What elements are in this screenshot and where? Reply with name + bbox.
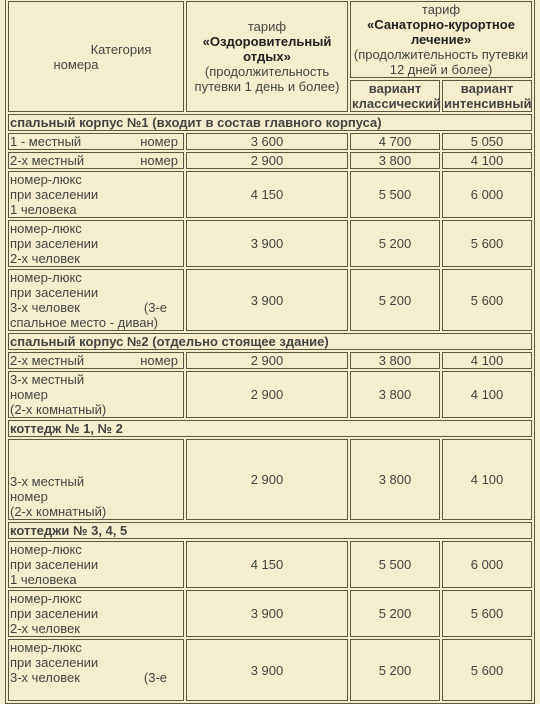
category-text: номер	[10, 387, 182, 402]
category-cell: 3-х местный номер (2-х комнатный)	[8, 439, 184, 520]
price-intensive: 4 100	[442, 152, 532, 169]
price-recreation: 2 900	[186, 352, 348, 369]
tariff-name: лечение»	[352, 32, 530, 47]
price-classic: 4 700	[350, 133, 440, 150]
price-intensive: 5 600	[442, 220, 532, 267]
section-header: спальный корпус №2 (отдельно стоящее зда…	[8, 333, 532, 350]
price-intensive: 4 100	[442, 439, 532, 520]
price-table-container: Категория номера тариф «Оздоровительный …	[5, 0, 535, 632]
category-text: 1 человека	[10, 202, 182, 217]
price-recreation: 4 150	[186, 541, 348, 588]
category-text: при заселении	[10, 285, 182, 300]
price-classic: 5 200	[350, 590, 440, 632]
tariff-note: (продолжительность путевки	[352, 47, 530, 62]
category-text: 1 - местный	[10, 134, 81, 149]
variant-name: классический	[352, 96, 438, 111]
category-text: 3-х человек	[10, 300, 80, 315]
category-text: спальное место - диван)	[10, 315, 182, 330]
table-row: 1 - местныйномер 3 600 4 700 5 050	[8, 133, 532, 150]
category-cell: номер-люкс при заселении 2-х человек	[8, 220, 184, 267]
category-text: (2-х комнатный)	[10, 504, 182, 519]
price-classic: 5 200	[350, 220, 440, 267]
table-row: 2-х местныйномер 2 900 3 800 4 100	[8, 152, 532, 169]
price-classic: 5 500	[350, 171, 440, 218]
price-recreation: 3 900	[186, 269, 348, 331]
category-text: при заселении	[10, 606, 182, 621]
variant-name: интенсивный	[444, 96, 530, 111]
tariff-recreation-header: тариф «Оздоровительный отдых» (продолжит…	[186, 1, 348, 112]
tariff-label: тариф	[188, 19, 346, 34]
category-header-line1: Категория	[10, 42, 182, 57]
price-intensive: 5 600	[442, 590, 532, 632]
price-recreation: 2 900	[186, 152, 348, 169]
price-classic: 3 800	[350, 152, 440, 169]
variant-label: вариант	[352, 81, 438, 96]
price-recreation: 2 900	[186, 371, 348, 418]
tariff-name: «Санаторно-курортное	[352, 17, 530, 32]
price-intensive: 6 000	[442, 171, 532, 218]
category-cell: 2-х местныйномер	[8, 352, 184, 369]
category-text: номер-люкс	[10, 542, 182, 557]
category-text: номер-люкс	[10, 591, 182, 606]
category-text: 3-х местный	[10, 372, 182, 387]
table-row: номер-люкс при заселении 2-х человек 3 9…	[8, 590, 532, 632]
category-header-line2: номера	[10, 57, 182, 72]
table-row: номер-люкс при заселении 2-х человек 3 9…	[8, 220, 532, 267]
category-cell: 2-х местныйномер	[8, 152, 184, 169]
category-text: номер	[140, 353, 178, 368]
category-text: 2-х человек	[10, 621, 182, 632]
table-row: 3-х местный номер (2-х комнатный) 2 900 …	[8, 439, 532, 520]
price-intensive: 4 100	[442, 371, 532, 418]
category-cell: номер-люкс при заселении 2-х человек	[8, 590, 184, 632]
category-text: 2-х местный	[10, 353, 84, 368]
category-text: 2-х человек	[10, 251, 182, 266]
category-text: (3-е	[144, 300, 167, 315]
tariff-label: тариф	[352, 2, 530, 17]
price-recreation: 3 900	[186, 220, 348, 267]
price-intensive: 5 600	[442, 269, 532, 331]
table-row: 2-х местныйномер 2 900 3 800 4 100	[8, 352, 532, 369]
category-text: (2-х комнатный)	[10, 402, 182, 417]
table-row: номер-люкс при заселении 1 человека 4 15…	[8, 541, 532, 588]
price-recreation: 2 900	[186, 439, 348, 520]
category-text: 1 человека	[10, 572, 182, 587]
price-classic: 3 800	[350, 352, 440, 369]
category-text: номер	[10, 489, 182, 504]
category-header: Категория номера	[8, 1, 184, 112]
tariff-name: отдых»	[188, 49, 346, 64]
category-text: 2-х местный	[10, 153, 84, 168]
category-text: 3-х местный	[10, 474, 182, 489]
price-classic: 5 500	[350, 541, 440, 588]
category-cell: 1 - местныйномер	[8, 133, 184, 150]
table-row: 3-х местный номер (2-х комнатный) 2 900 …	[8, 371, 532, 418]
price-recreation: 4 150	[186, 171, 348, 218]
tariff-sanatorium-header: тариф «Санаторно-курортное лечение» (про…	[350, 1, 532, 78]
price-classic: 3 800	[350, 371, 440, 418]
tariff-note: (продолжительность	[188, 64, 346, 79]
price-intensive: 5 050	[442, 133, 532, 150]
price-classic: 3 800	[350, 439, 440, 520]
price-intensive: 6 000	[442, 541, 532, 588]
price-classic: 5 200	[350, 269, 440, 331]
price-recreation: 3 600	[186, 133, 348, 150]
category-text: при заселении	[10, 557, 182, 572]
variant-intensive-header: вариант интенсивный	[442, 80, 532, 112]
section-header: спальный корпус №1 (входит в состав глав…	[8, 114, 532, 131]
category-text: номер-люкс	[10, 172, 182, 187]
tariff-note: 12 дней и более)	[352, 62, 530, 77]
section-header: коттедж № 1, № 2	[8, 420, 532, 437]
variant-label: вариант	[444, 81, 530, 96]
tariff-note: путевки 1 день и более)	[188, 79, 346, 94]
category-text: при заселении	[10, 236, 182, 251]
table-row: номер-люкс при заселении 3-х человек(3-е…	[8, 269, 532, 331]
category-cell: номер-люкс при заселении 3-х человек(3-е…	[8, 269, 184, 331]
tariff-name: «Оздоровительный	[188, 34, 346, 49]
category-text: номер	[140, 153, 178, 168]
category-cell: 3-х местный номер (2-х комнатный)	[8, 371, 184, 418]
price-intensive: 4 100	[442, 352, 532, 369]
price-recreation: 3 900	[186, 590, 348, 632]
category-text: номер	[140, 134, 178, 149]
category-cell: номер-люкс при заселении 1 человека	[8, 171, 184, 218]
category-cell: номер-люкс при заселении 1 человека	[8, 541, 184, 588]
section-header: коттеджи № 3, 4, 5	[8, 522, 532, 539]
table-row: номер-люкс при заселении 1 человека 4 15…	[8, 171, 532, 218]
category-text: номер-люкс	[10, 221, 182, 236]
category-text: номер-люкс	[10, 270, 182, 285]
variant-classic-header: вариант классический	[350, 80, 440, 112]
price-table: Категория номера тариф «Оздоровительный …	[5, 0, 535, 632]
category-text: при заселении	[10, 187, 182, 202]
